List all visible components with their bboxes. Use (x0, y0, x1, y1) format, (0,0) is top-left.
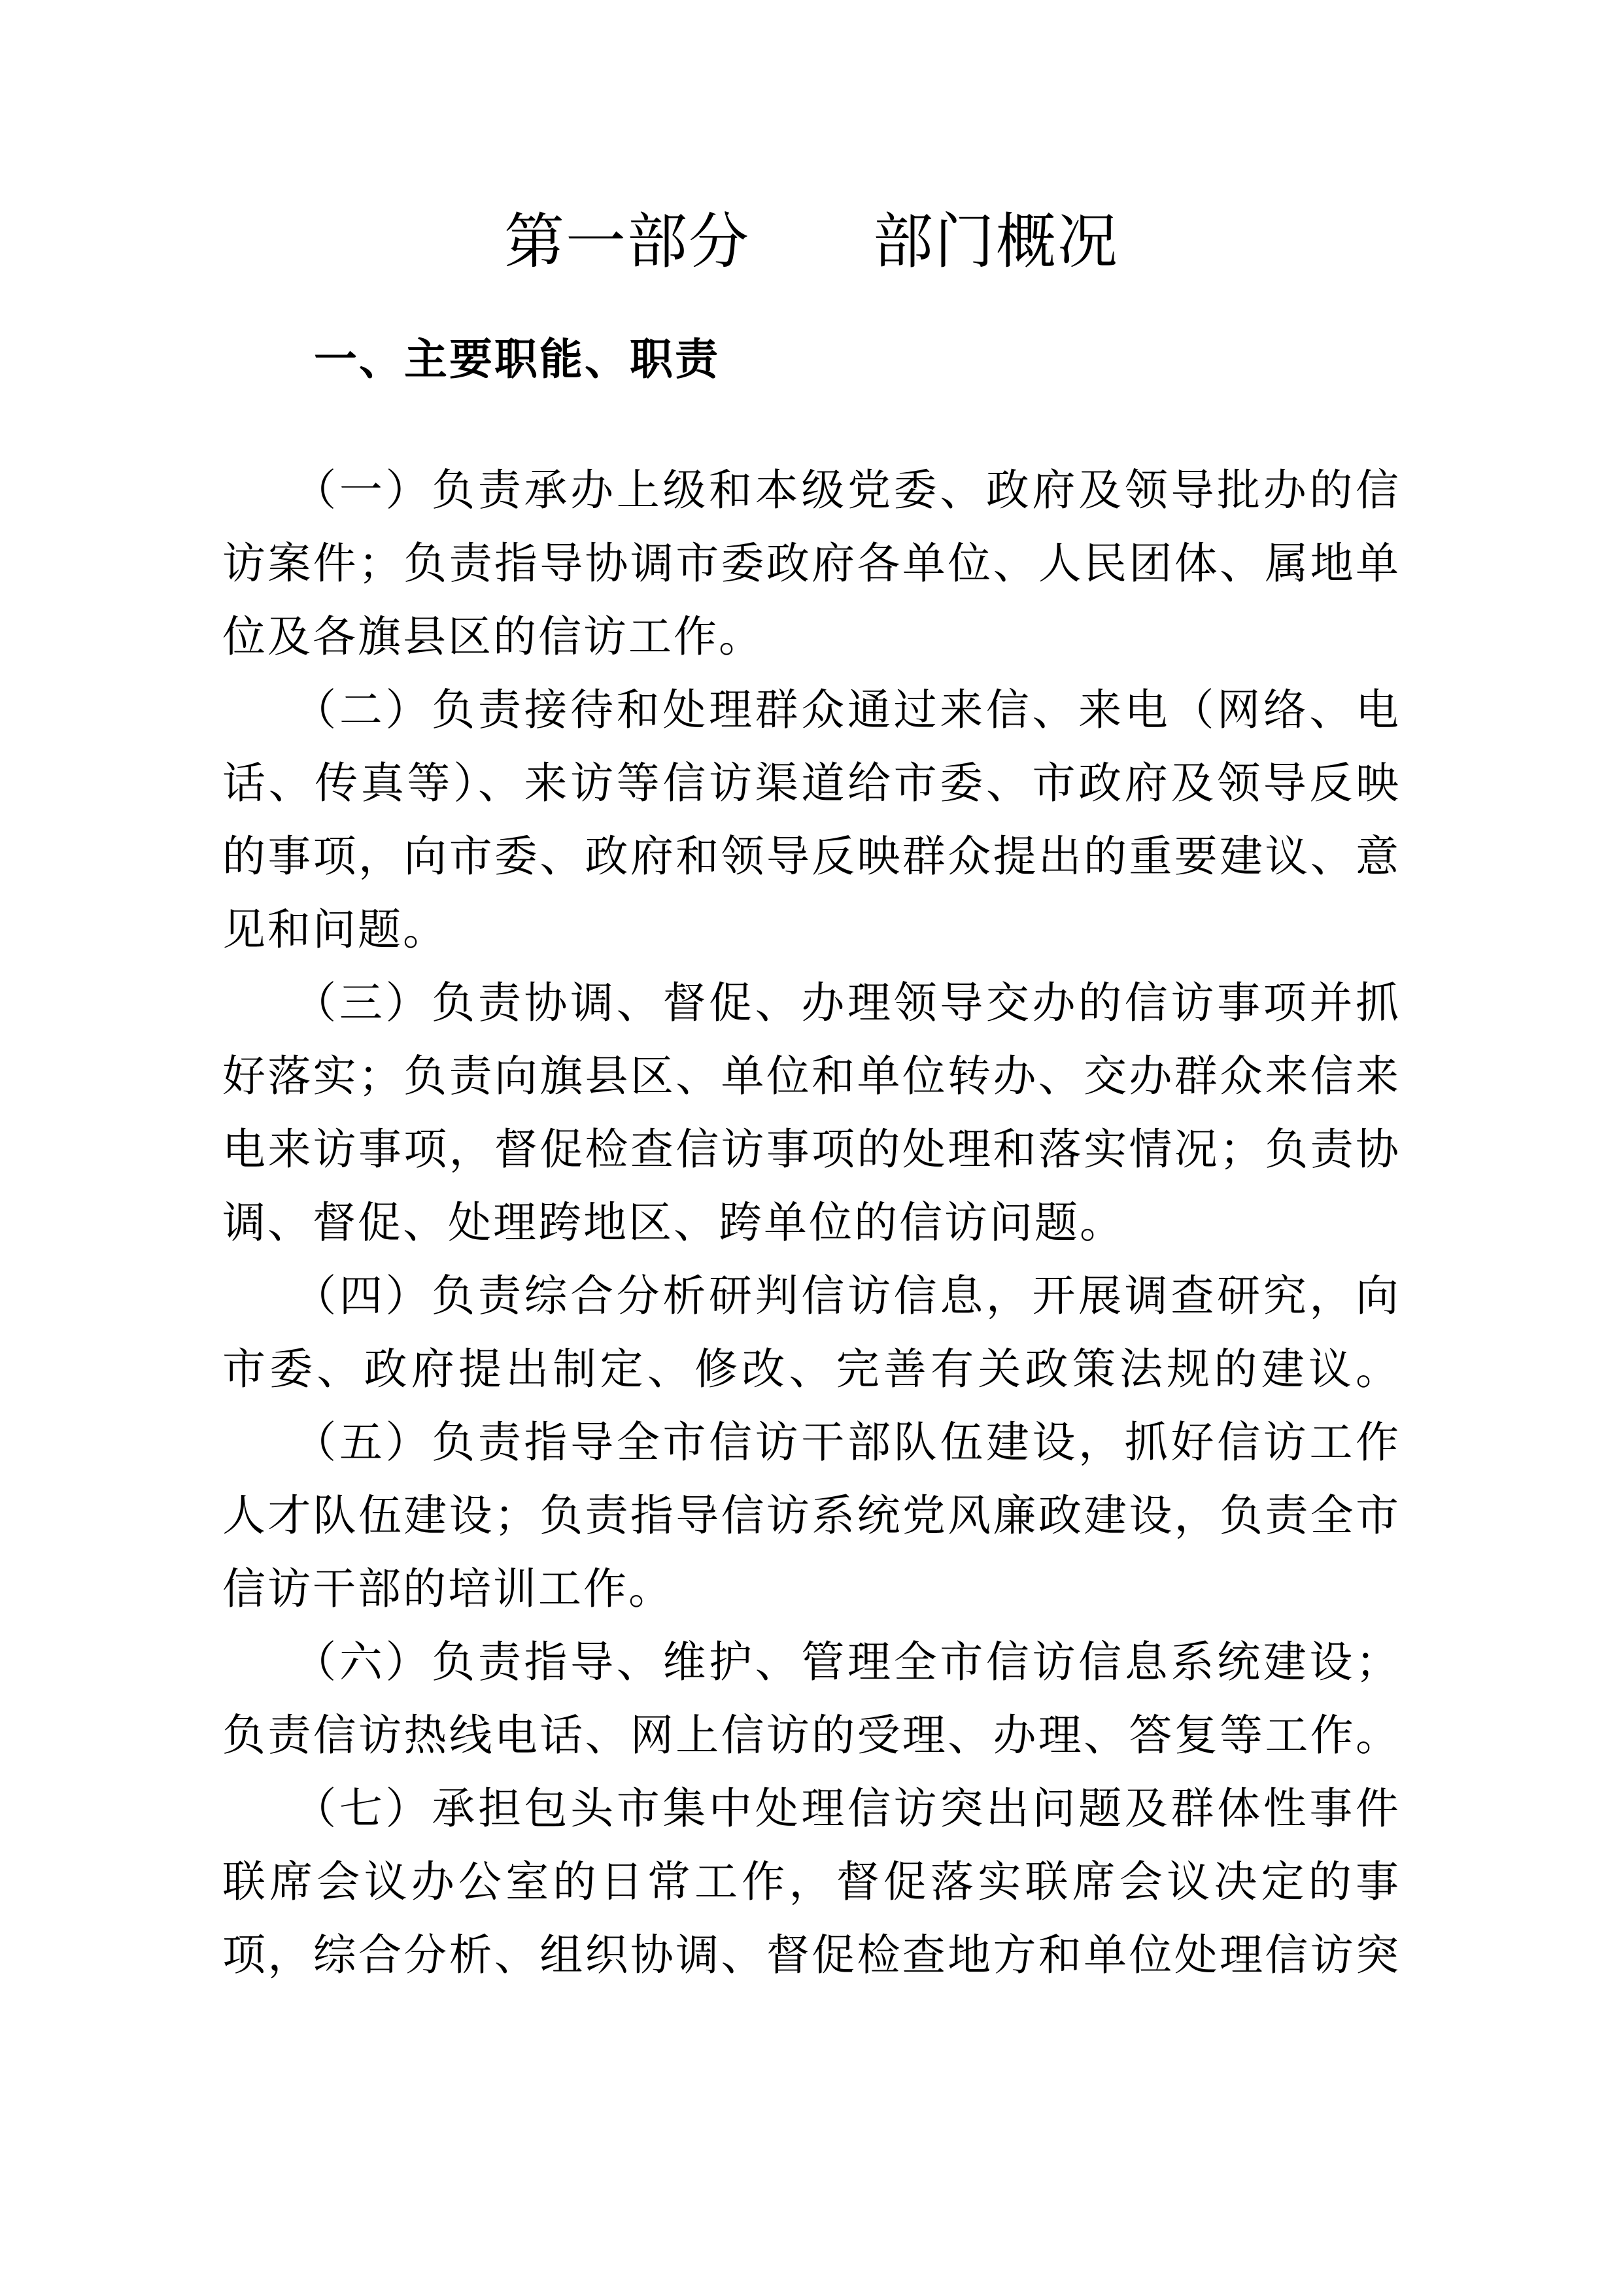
paragraph: （四）负责综合分析研判信访信息，开展调查研究，向市委、政府提出制定、修改、完善有… (222, 1260, 1401, 1407)
text-line: 位及各旗县区的信访工作。 (222, 601, 1401, 674)
text-line: 访案件；负责指导协调市委政府各单位、人民团体、属地单 (222, 528, 1401, 601)
text-line: （五）负责指导全市信访干部队伍建设，抓好信访工作 (222, 1407, 1401, 1480)
text-line: （四）负责综合分析研判信访信息，开展调查研究，向 (222, 1260, 1401, 1333)
text-line: （六）负责指导、维护、管理全市信访信息系统建设； (222, 1626, 1401, 1700)
paragraph: （六）负责指导、维护、管理全市信访信息系统建设；负责信访热线电话、网上信访的受理… (222, 1626, 1401, 1773)
document-page: 第一部分 部门概况 一、主要职能、职责 （一）负责承办上级和本级党委、政府及领导… (0, 0, 1623, 2296)
text-line: 话、传真等）、来访等信访渠道给市委、市政府及领导反映 (222, 747, 1401, 821)
document-body: （一）负责承办上级和本级党委、政府及领导批办的信访案件；负责指导协调市委政府各单… (222, 454, 1401, 1993)
text-line: 信访干部的培训工作。 (222, 1553, 1401, 1626)
text-line: 的事项，向市委、政府和领导反映群众提出的重要建议、意 (222, 821, 1401, 894)
text-line: 见和问题。 (222, 894, 1401, 967)
text-line: 联席会议办公室的日常工作，督促落实联席会议决定的事 (222, 1846, 1401, 1919)
paragraph: （一）负责承办上级和本级党委、政府及领导批办的信访案件；负责指导协调市委政府各单… (222, 454, 1401, 674)
text-line: 好落实；负责向旗县区、单位和单位转办、交办群众来信来 (222, 1040, 1401, 1114)
paragraph: （七）承担包头市集中处理信访突出问题及群体性事件联席会议办公室的日常工作，督促落… (222, 1773, 1401, 1993)
text-line: 电来访事项，督促检查信访事项的处理和落实情况；负责协 (222, 1114, 1401, 1187)
text-line: （七）承担包头市集中处理信访突出问题及群体性事件 (222, 1773, 1401, 1846)
text-line: 人才队伍建设；负责指导信访系统党风廉政建设，负责全市 (222, 1480, 1401, 1553)
text-line: （一）负责承办上级和本级党委、政府及领导批办的信 (222, 454, 1401, 528)
section-heading: 一、主要职能、职责 (222, 327, 1401, 392)
text-line: 市委、政府提出制定、修改、完善有关政策法规的建议。 (222, 1333, 1401, 1407)
paragraph: （三）负责协调、督促、办理领导交办的信访事项并抓好落实；负责向旗县区、单位和单位… (222, 967, 1401, 1260)
text-line: 负责信访热线电话、网上信访的受理、办理、答复等工作。 (222, 1700, 1401, 1773)
page-title: 第一部分 部门概况 (222, 196, 1401, 288)
text-line: （二）负责接待和处理群众通过来信、来电（网络、电 (222, 674, 1401, 747)
paragraph: （五）负责指导全市信访干部队伍建设，抓好信访工作人才队伍建设；负责指导信访系统党… (222, 1407, 1401, 1626)
text-line: 调、督促、处理跨地区、跨单位的信访问题。 (222, 1187, 1401, 1260)
document-content: 第一部分 部门概况 一、主要职能、职责 （一）负责承办上级和本级党委、政府及领导… (222, 0, 1401, 1993)
text-line: （三）负责协调、督促、办理领导交办的信访事项并抓 (222, 967, 1401, 1040)
text-line: 项，综合分析、组织协调、督促检查地方和单位处理信访突 (222, 1919, 1401, 1993)
paragraph: （二）负责接待和处理群众通过来信、来电（网络、电话、传真等）、来访等信访渠道给市… (222, 674, 1401, 967)
